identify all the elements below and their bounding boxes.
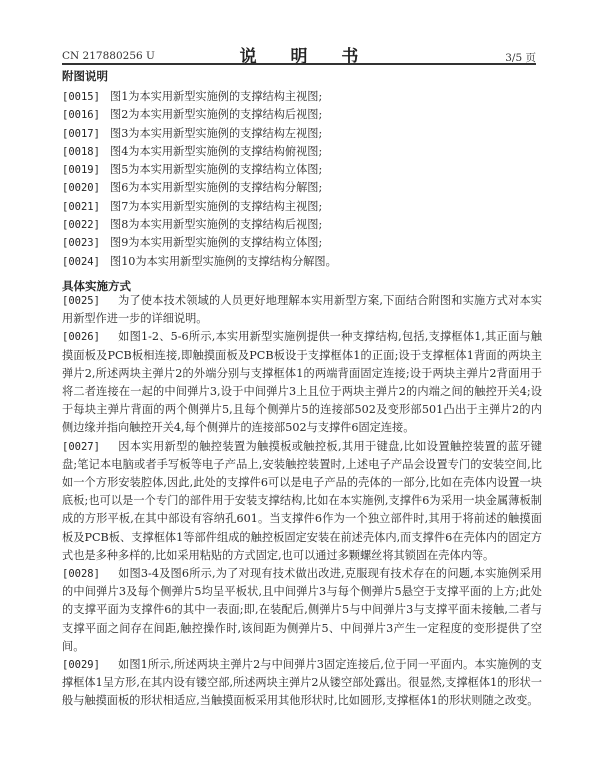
paragraph-number: [0018] [62,143,110,161]
list-item: [0022]图8为本实用新型实施例的支撑结构后视图; [62,216,542,234]
list-item: [0020]图6为本实用新型实施例的支撑结构分解图; [62,179,542,197]
paragraph: [0026]如图1-2、5-6所示,本实用新型实施例提供一种支撑结构,包括,支撑… [62,328,542,437]
embodiment-body: [0025]为了使本技术领域的人员更好地理解本实用新型方案,下面结合附图和实施方… [62,292,542,711]
paragraph-number: [0021] [62,198,110,216]
patent-page: CN 217880256 U 说 明 书 3/5 页 附图说明 [0015]图1… [0,0,600,775]
paragraph-text: 因本实用新型的触控装置为触摸板或触控板,其用于键盘,比如设置触控装置的蓝牙键盘;… [62,440,542,562]
figure-description: 图10为本实用新型实施例的支撑结构分解图。 [110,255,337,268]
paragraph-number: [0017] [62,125,110,143]
paragraph-number: [0020] [62,179,110,197]
paragraph-number: [0015] [62,88,110,106]
list-item: [0019]图5为本实用新型实施例的支撑结构立体图; [62,161,542,179]
figure-description: 图3为本实用新型实施例的支撑结构左视图; [110,127,322,140]
figure-description: 图1为本实用新型实施例的支撑结构主视图; [110,90,322,103]
figure-description: 图6为本实用新型实施例的支撑结构分解图; [110,181,322,194]
figure-description: 图2为本实用新型实施例的支撑结构后视图; [110,108,322,121]
paragraph-text: 如图1-2、5-6所示,本实用新型实施例提供一种支撑结构,包括,支撑框体1,其正… [62,330,542,434]
paragraph-number: [0025] [62,292,100,310]
figures-list: [0015]图1为本实用新型实施例的支撑结构主视图; [0016]图2为本实用新… [62,88,542,271]
figure-description: 图9为本实用新型实施例的支撑结构立体图; [110,236,322,249]
paragraph-text: 如图3-4及图6所示,为了对现有技术做出改进,克服现有技术存在的问题,本实施例采… [62,567,542,653]
list-item: [0018]图4为本实用新型实施例的支撑结构俯视图; [62,143,542,161]
paragraph-text: 为了使本技术领域的人员更好地理解本实用新型方案,下面结合附图和实施方式对本实用新… [62,294,542,325]
paragraph: [0028]如图3-4及图6所示,为了对现有技术做出改进,克服现有技术存在的问题… [62,565,542,656]
paragraph-number: [0028] [62,565,100,583]
page-header: CN 217880256 U 说 明 书 3/5 页 [62,40,536,62]
list-item: [0023]图9为本实用新型实施例的支撑结构立体图; [62,234,542,252]
paragraph-number: [0026] [62,328,100,346]
list-item: [0021]图7为本实用新型实施例的支撑结构主视图; [62,198,542,216]
list-item: [0017]图3为本实用新型实施例的支撑结构左视图; [62,125,542,143]
paragraph-number: [0024] [62,253,110,271]
list-item: [0024]图10为本实用新型实施例的支撑结构分解图。 [62,253,542,271]
figure-description: 图4为本实用新型实施例的支撑结构俯视图; [110,145,322,158]
paragraph-number: [0023] [62,234,110,252]
list-item: [0016]图2为本实用新型实施例的支撑结构后视图; [62,106,542,124]
header-divider [62,63,536,65]
paragraph: [0025]为了使本技术领域的人员更好地理解本实用新型方案,下面结合附图和实施方… [62,292,542,328]
figure-description: 图8为本实用新型实施例的支撑结构后视图; [110,218,322,231]
paragraph: [0029]如图1所示,所述两块主弹片2与中间弹片3固定连接后,位于同一平面内。… [62,656,542,711]
paragraph: [0027]因本实用新型的触控装置为触摸板或触控板,其用于键盘,比如设置触控装置… [62,438,542,565]
paragraph-number: [0019] [62,161,110,179]
paragraph-number: [0022] [62,216,110,234]
list-item: [0015]图1为本实用新型实施例的支撑结构主视图; [62,88,542,106]
figures-section-title: 附图说明 [62,68,108,84]
paragraph-text: 如图1所示,所述两块主弹片2与中间弹片3固定连接后,位于同一平面内。本实施例的支… [62,658,542,707]
figure-description: 图5为本实用新型实施例的支撑结构立体图; [110,163,322,176]
paragraph-number: [0016] [62,106,110,124]
paragraph-number: [0029] [62,656,100,674]
paragraph-number: [0027] [62,438,100,456]
figure-description: 图7为本实用新型实施例的支撑结构主视图; [110,200,322,213]
